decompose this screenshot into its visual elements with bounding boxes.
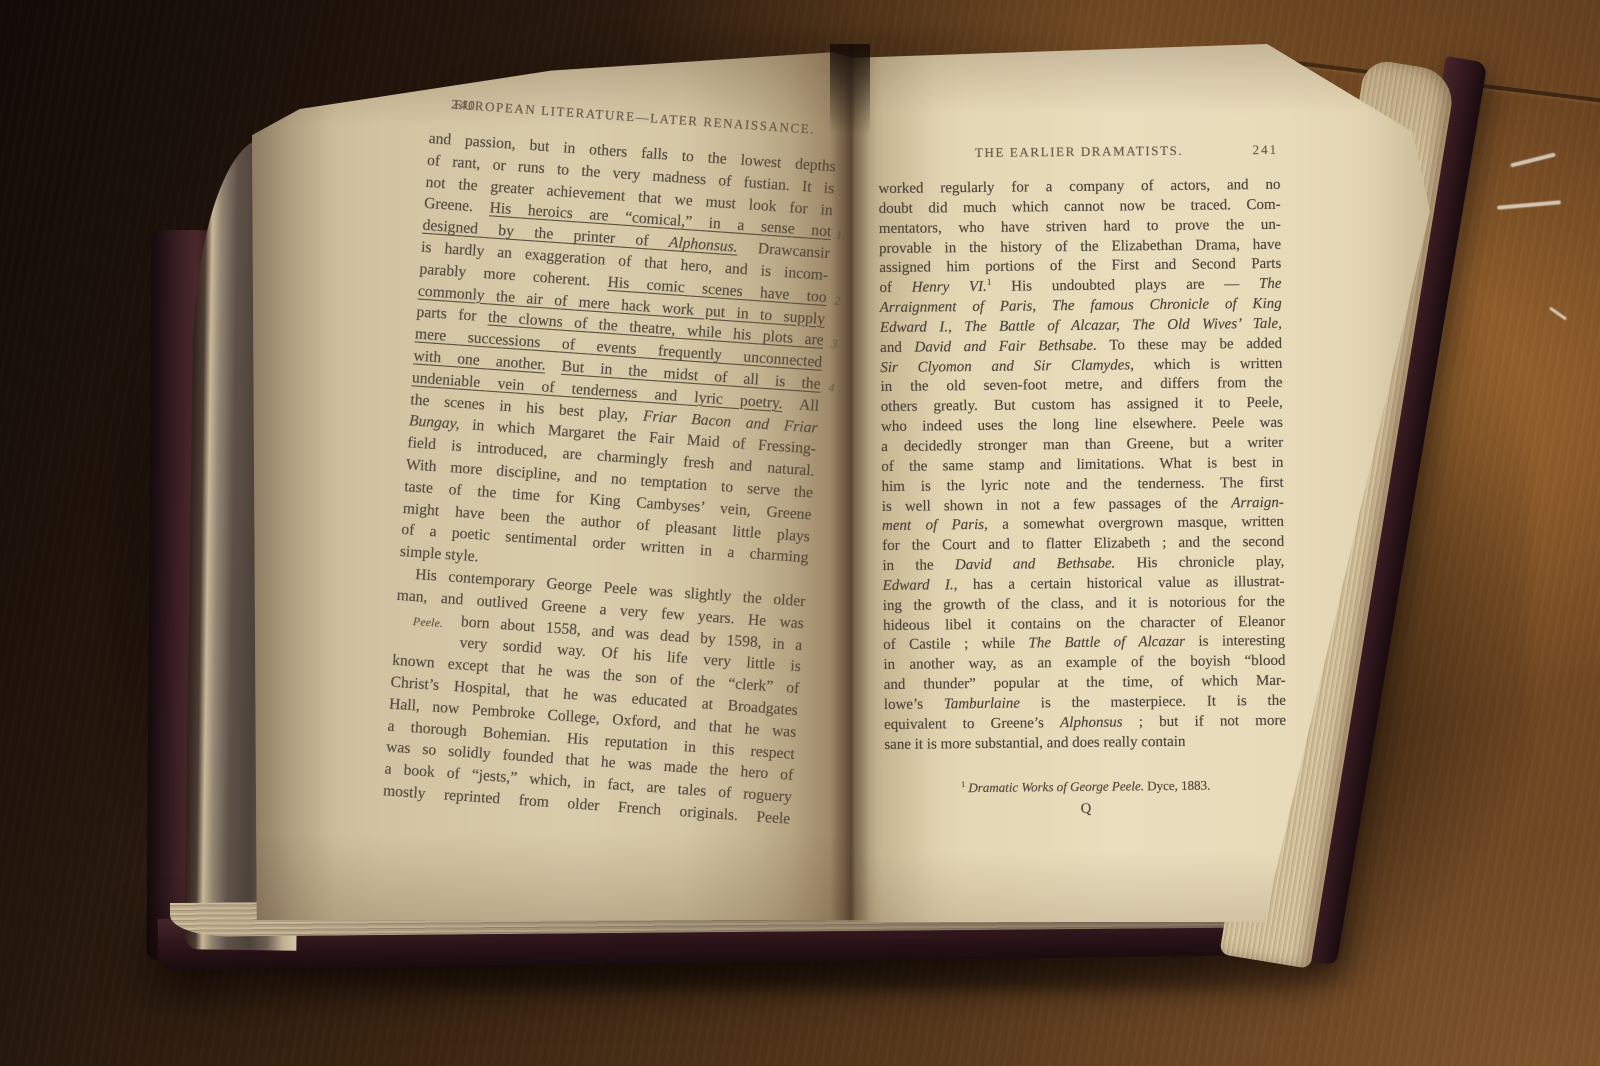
- italic-title-text: Tamburlaine: [944, 695, 1020, 712]
- italic-title-text: Arraignment of Paris, The famous Chronic…: [880, 296, 1282, 316]
- italic-title-text: The Battle of Alcazar: [1028, 634, 1185, 652]
- italic-title-text: Edward I.,: [883, 577, 958, 594]
- text-segment: ; but if not more: [1123, 713, 1287, 731]
- text-segment: worked regularly for a company of actors…: [878, 177, 1280, 197]
- italic-title-text: Alphonsus: [1060, 714, 1123, 731]
- text-segment: parts for: [416, 304, 489, 326]
- text-line: sane it is more substantial, and does re…: [884, 731, 1286, 755]
- italic-title-text: ment of Paris,: [882, 517, 988, 534]
- text-segment: is interesting: [1185, 633, 1285, 650]
- italic-title-text: David and Fair Bethsabe.: [914, 337, 1097, 355]
- left-page-text: 240 EUROPEAN LITERATURE—LATER RENAISSANC…: [382, 92, 839, 830]
- text-segment: has a certain historical value as illust…: [957, 574, 1284, 593]
- text-segment: Greene.: [424, 195, 491, 217]
- text-segment: lowe’s: [884, 696, 944, 713]
- text-segment: hideous libel it contains on the charact…: [883, 613, 1285, 633]
- text-segment: assigned him portions of the First and S…: [879, 256, 1281, 276]
- text-line: equivalent to Greene’s Alphonsus ; but i…: [884, 712, 1286, 736]
- pencil-margin-mark: 2: [834, 290, 842, 312]
- text-segment: others greatly. But custom has assigned …: [881, 395, 1283, 415]
- right-header-title: THE EARLIER DRAMATISTS.: [975, 141, 1184, 163]
- left-page-lines: Peele. and passion, but in others falls …: [382, 128, 836, 831]
- right-page-lines: worked regularly for a company of actors…: [878, 176, 1286, 756]
- right-page-number: 241: [1252, 140, 1278, 160]
- italic-title-text: Henry VI.: [912, 279, 987, 296]
- text-segment: doubt did much which cannot now be trace…: [879, 197, 1281, 217]
- italic-title-text: Dramatic Works of George Peele.: [968, 779, 1144, 796]
- text-segment: is the masterpiece. It is the: [1020, 693, 1286, 712]
- text-segment: and thunder” popular at the time, of whi…: [884, 673, 1286, 693]
- text-segment: of the same stamp and limitations. What …: [881, 455, 1283, 475]
- photo-open-antique-book: 240 EUROPEAN LITERATURE—LATER RENAISSANC…: [0, 0, 1600, 1066]
- text-segment: of: [879, 280, 911, 296]
- left-page: 240 EUROPEAN LITERATURE—LATER RENAISSANC…: [252, 48, 850, 920]
- italic-title-text: Arraign-: [1231, 494, 1284, 511]
- margin-note-peele: Peele.: [412, 612, 444, 636]
- italic-title-text: Sir Clyomon and Sir Clamydes: [880, 357, 1130, 376]
- text-segment: in the old seven-foot metre, and differs…: [880, 375, 1282, 395]
- text-segment: and: [880, 339, 914, 355]
- pencil-margin-mark: 4: [828, 377, 836, 399]
- text-segment: a somewhat overgrown masque, written: [988, 514, 1284, 533]
- text-segment: ing the growth of the class, and it is n…: [883, 593, 1285, 613]
- text-segment: mentators, who have striven hard to prov…: [879, 216, 1281, 236]
- italic-title-text: David and Bethsabe.: [955, 556, 1116, 574]
- text-segment: in the: [882, 557, 955, 574]
- text-segment: for the Court and to flatter Elizabeth ;…: [882, 534, 1284, 554]
- text-segment: All: [782, 395, 819, 414]
- text-segment: in another way, as an example of the boy…: [883, 653, 1285, 673]
- text-segment: who indeed uses the long line elsewhere.…: [881, 415, 1283, 435]
- right-running-header: THE EARLIER DRAMATISTS. 241: [878, 140, 1280, 166]
- footnote: 1 Dramatic Works of George Peele. Dyce, …: [885, 775, 1287, 799]
- signature-mark: Q: [885, 798, 1287, 822]
- text-segment: , which is written: [1130, 355, 1282, 373]
- pencil-margin-mark: 1.: [835, 225, 845, 247]
- text-segment: a decidedly stronger man than Greene, bu…: [881, 435, 1283, 455]
- italic-title-text: Alphonsus.: [668, 234, 738, 256]
- italic-title-text: Bungay,: [408, 413, 460, 433]
- pencil-margin-mark: 3: [831, 334, 839, 356]
- text-segment: provable in the history of the Elizabeth…: [879, 236, 1281, 256]
- right-page-text: THE EARLIER DRAMATISTS. 241 worked regul…: [878, 140, 1287, 822]
- text-segment: Dyce, 1883.: [1144, 778, 1211, 794]
- text-segment: [545, 357, 562, 375]
- text-segment: His undoubted plays are —: [991, 276, 1259, 295]
- text-segment: is well shown in not a few passages of t…: [882, 495, 1232, 515]
- text-segment: His chronicle play,: [1115, 554, 1284, 572]
- text-segment: simple style.: [399, 543, 479, 565]
- italic-title-text: The: [1259, 276, 1282, 292]
- text-segment: him is the lyric note and the tenderness…: [882, 474, 1284, 494]
- text-segment: To these may be added: [1097, 336, 1282, 354]
- text-segment: of Castile ; while: [883, 636, 1028, 654]
- italic-title-text: Edward I., The Battle of Alcazar, The Ol…: [880, 316, 1282, 336]
- text-line: 1 Dramatic Works of George Peele. Dyce, …: [885, 775, 1287, 799]
- text-segment: equivalent to Greene’s: [884, 715, 1060, 733]
- text-segment: sane it is more substantial, and does re…: [884, 733, 1185, 752]
